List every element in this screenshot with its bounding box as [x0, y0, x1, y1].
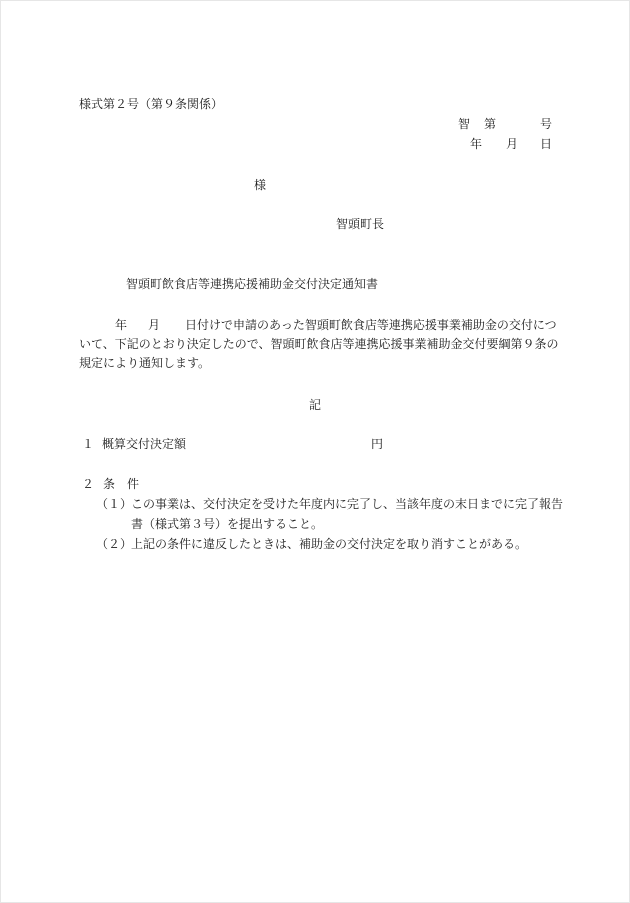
body-month: 月 [148, 318, 160, 332]
item1-label: 概算交付決定額 [102, 437, 186, 451]
addressee-suffix: 様 [254, 178, 266, 192]
condition-2-line1: 上記の条件に違反したときは、補助金の交付決定を取り消すことがある。 [131, 537, 527, 551]
sender: 智頭町長 [336, 217, 384, 231]
item2-label-a: 条 [103, 477, 115, 491]
condition-1-line2: 書（様式第３号）を提出すること。 [131, 517, 323, 531]
item2-number: ２ [82, 477, 94, 491]
date-year: 年 [470, 137, 482, 151]
condition-2-number: （２） [96, 537, 132, 551]
body-line1: 日付けで申請のあった智頭町飲食店等連携応援事業補助金の交付につ [185, 318, 557, 332]
item1-number: １ [82, 437, 94, 451]
doc-number-mid: 第 [484, 117, 496, 131]
condition-1-line1: この事業は、交付決定を受けた年度内に完了し、当該年度の末日までに完了報告 [131, 497, 563, 511]
body-year: 年 [115, 318, 127, 332]
date-day: 日 [540, 137, 552, 151]
body-line2: いて、下記のとおり決定したので、智頭町飲食店等連携応援事業補助金交付要綱第９条の [79, 337, 559, 351]
doc-number-suffix: 号 [540, 117, 552, 131]
doc-number-prefix: 智 [458, 117, 470, 131]
date-month: 月 [506, 137, 518, 151]
ki-heading: 記 [309, 398, 321, 412]
item1-unit: 円 [371, 437, 383, 451]
item2-label-b: 件 [127, 477, 139, 491]
body-line3: 規定により通知します。 [79, 356, 210, 370]
condition-1-number: （１） [96, 497, 132, 511]
page [0, 0, 630, 903]
form-number: 様式第２号（第９条関係） [79, 97, 223, 111]
document-title: 智頭町飲食店等連携応援補助金交付決定通知書 [126, 277, 378, 291]
